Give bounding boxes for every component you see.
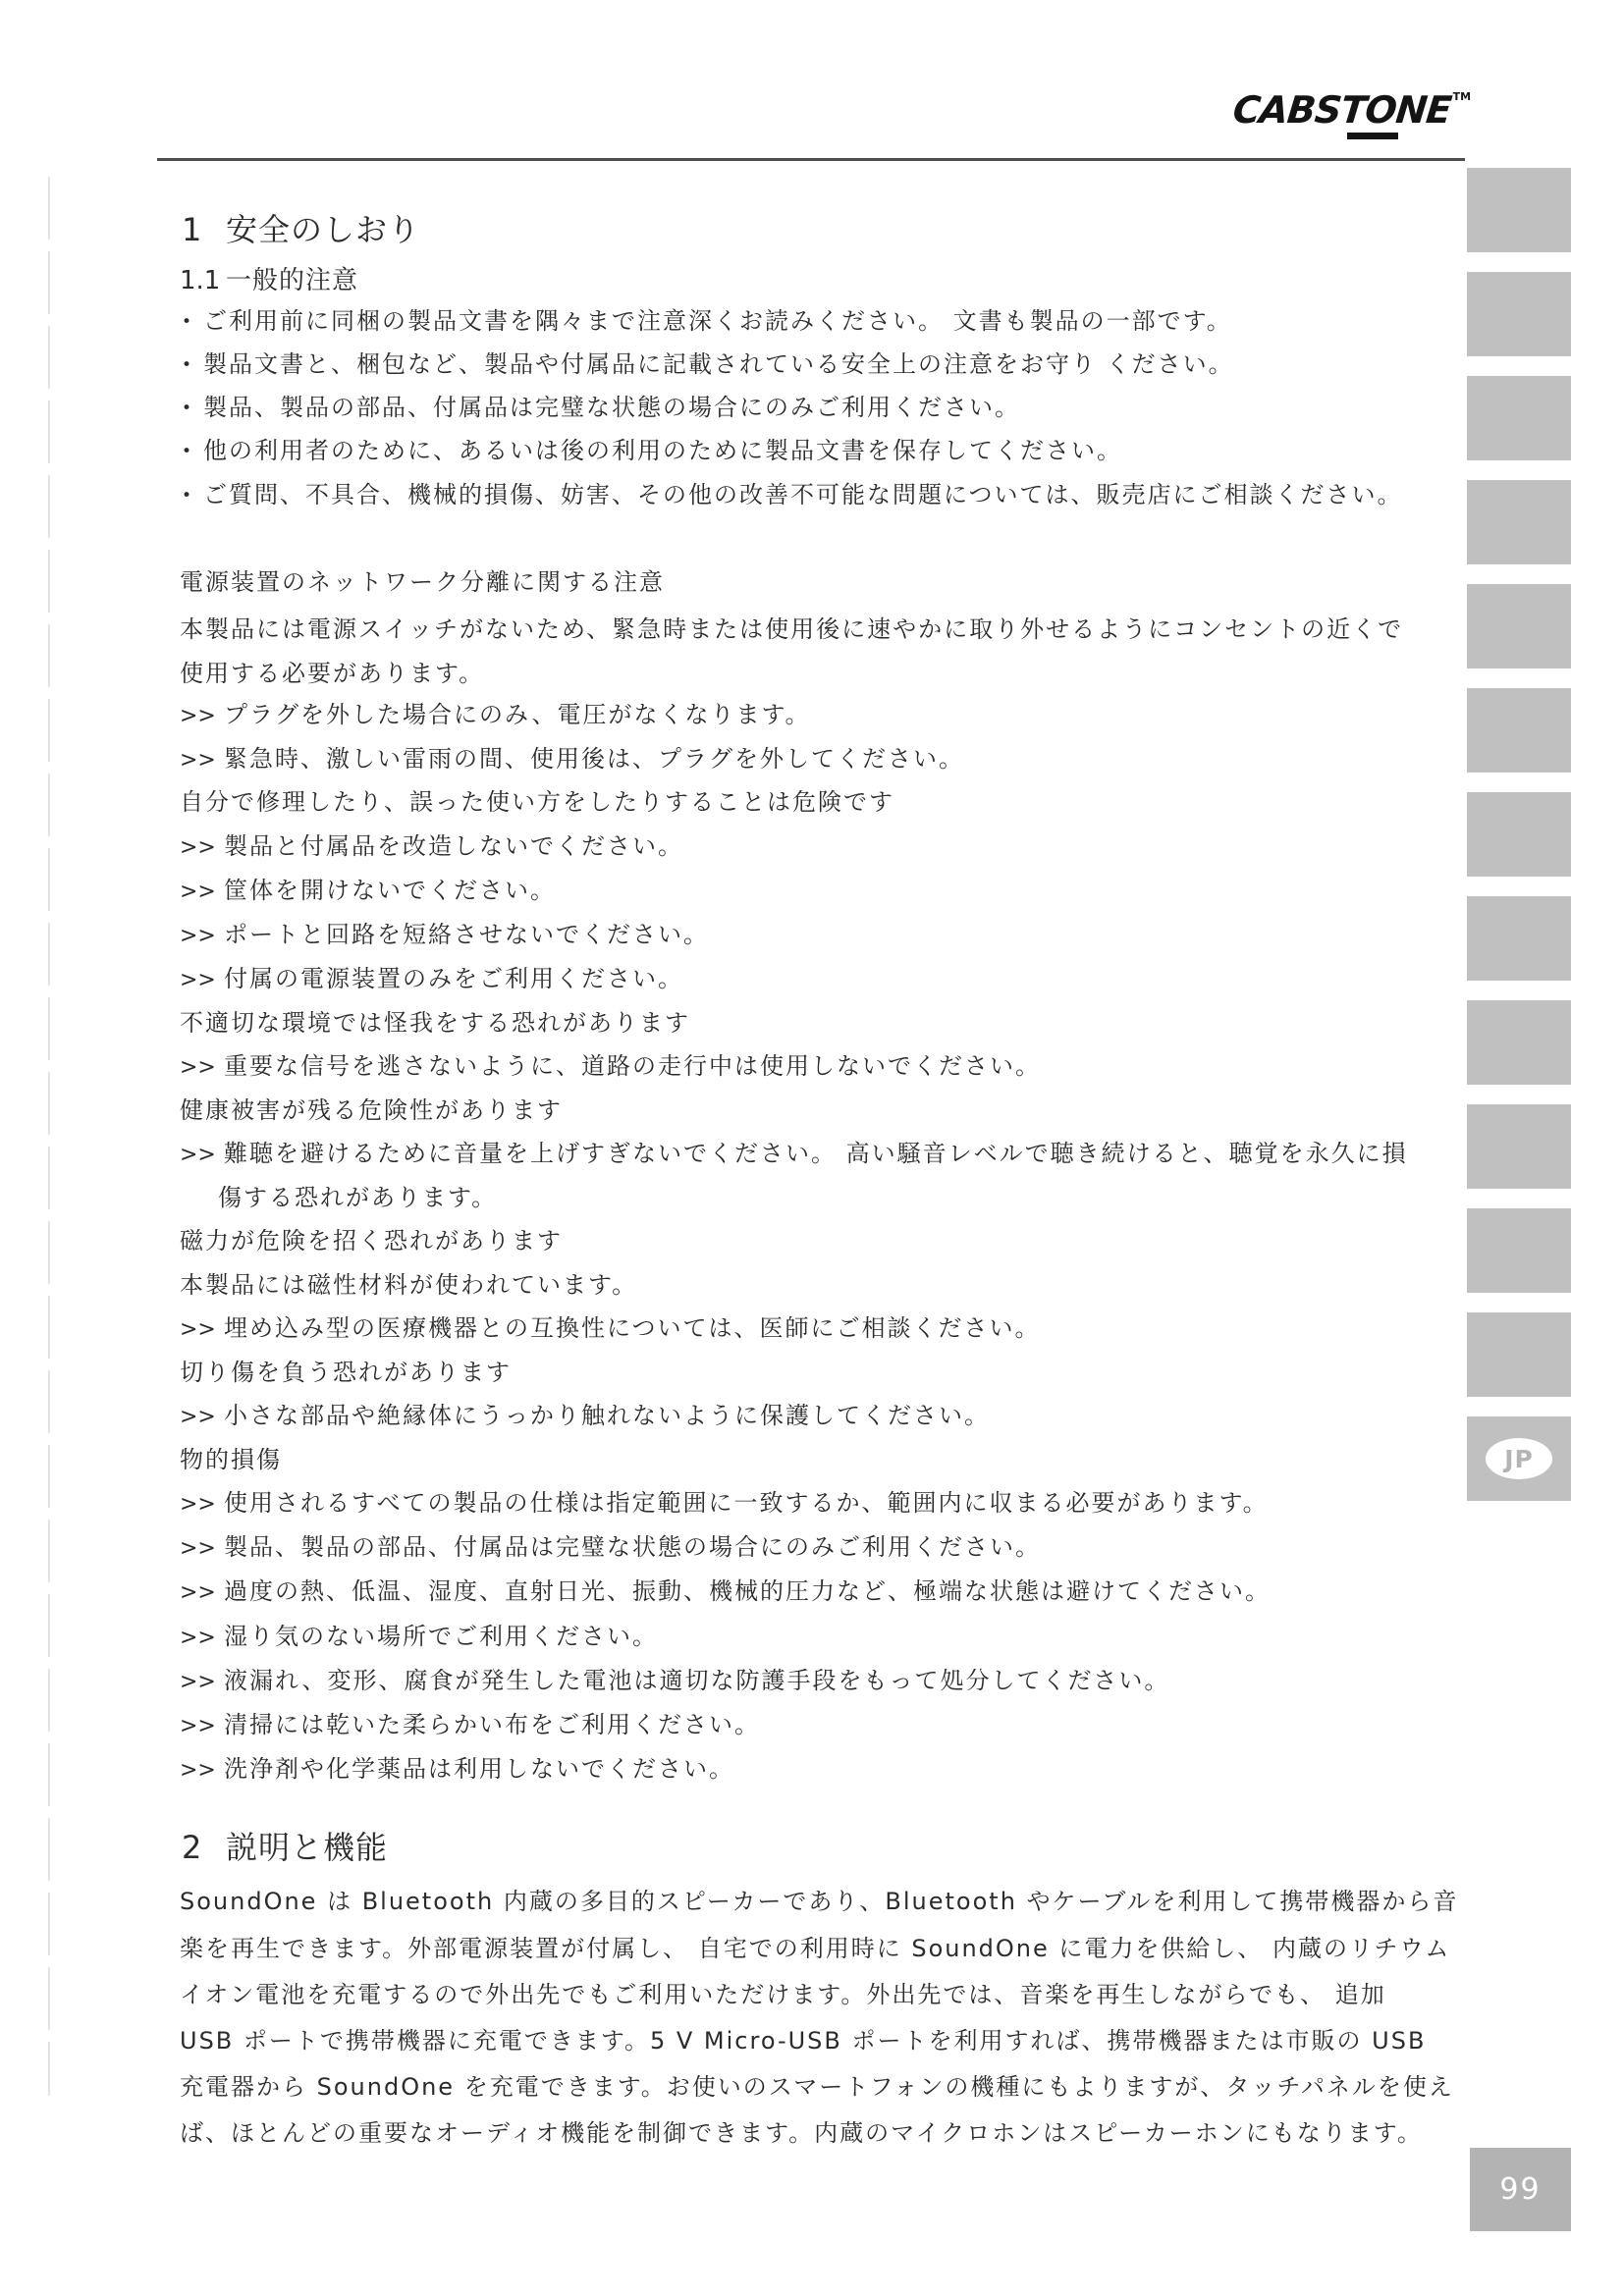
section-tab [1467, 168, 1571, 252]
section-heading: 2説明と機能 [182, 1828, 388, 1867]
line-text: 使用されるすべての製品の仕様は指定範囲に一致するか、範囲内に収まる必要があります… [224, 1489, 1269, 1517]
bullet-marker-icon: • [182, 307, 203, 337]
text-line: •他の利用者のために、あるいは後の利用のために製品文書を保存してください。 [182, 436, 1122, 466]
line-text: 筐体を開けないでください。 [224, 877, 556, 904]
section-number: 1.1 [180, 264, 226, 297]
text-line: >>湿り気のない場所でご利用ください。 [180, 1622, 658, 1653]
bullet-marker-icon: • [182, 437, 203, 466]
subsection-heading: 1.1一般的注意 [180, 264, 358, 297]
chevron-marker-icon: >> [180, 966, 224, 995]
line-text: 本製品には電源スイッチがないため、緊急時または使用後に速やかに取り外せるようにコ… [180, 615, 1403, 643]
text-line: SoundOne は Bluetooth 内蔵の多目的スピーカーであり、Blue… [180, 1887, 1458, 1916]
page-number-box: 99 [1470, 2148, 1571, 2231]
section-number: 2 [182, 1828, 226, 1867]
chevron-marker-icon: >> [180, 1668, 224, 1697]
chevron-marker-icon: >> [180, 1490, 224, 1520]
brand-logo: CABSTONETM [1233, 88, 1439, 137]
text-line: 不適切な環境では怪我をする恐れがあります [180, 1008, 690, 1038]
text-line: >>過度の熱、低温、湿度、直射日光、振動、機械的圧力など、極端な状態は避けてくだ… [180, 1576, 1271, 1608]
brand-logo-underline [1347, 133, 1398, 139]
line-text: USB ポートで携帯機器に充電できます。5 V Micro-USB ポートを利用… [180, 2027, 1426, 2055]
line-text: 傷する恐れがあります。 [218, 1184, 497, 1211]
text-line: 本製品には電源スイッチがないため、緊急時または使用後に速やかに取り外せるようにコ… [180, 614, 1403, 644]
line-text: 磁力が危険を招く恐れがあります [180, 1227, 563, 1255]
text-line: 磁力が危険を招く恐れがあります [180, 1226, 563, 1255]
text-line: 楽を再生できます。外部電源装置が付属し、 自宅での利用時に SoundOne に… [180, 1934, 1450, 1963]
line-text: 健康被害が残る危険性があります [180, 1096, 563, 1124]
jp-badge-label: JP [1504, 1445, 1534, 1473]
text-line: >>筐体を開けないでください。 [180, 876, 556, 907]
line-text: 説明と機能 [226, 1829, 388, 1866]
section-tab [1467, 792, 1571, 877]
text-line: 傷する恐れがあります。 [218, 1183, 497, 1212]
line-text: プラグを外した場合にのみ、電圧がなくなります。 [224, 701, 811, 728]
line-text: 緊急時、激しい雷雨の間、使用後は、プラグを外してください。 [224, 745, 964, 773]
chevron-marker-icon: >> [180, 1756, 224, 1786]
line-text: 難聴を避けるために音量を上げすぎないでください。 高い騒音レベルで聴き続けると、… [224, 1140, 1408, 1167]
line-text: 一般的注意 [226, 266, 358, 295]
line-text: 電源装置のネットワーク分離に関する注意 [180, 568, 665, 596]
chevron-marker-icon: >> [180, 833, 224, 863]
chevron-marker-icon: >> [180, 1578, 224, 1608]
line-text: 製品、製品の部品、付属品は完璧な状態の場合にのみご利用ください。 [224, 1533, 1041, 1561]
chevron-marker-icon: >> [180, 878, 224, 907]
line-text: 充電器から SoundOne を充電できます。お使いのスマートフォンの機種にもよ… [180, 2073, 1454, 2101]
line-text: 製品と付属品を改造しないでください。 [224, 832, 683, 860]
trademark-symbol: TM [1453, 90, 1471, 103]
text-line: >>ポートと回路を短絡させないでください。 [180, 920, 709, 951]
chevron-marker-icon: >> [180, 1534, 224, 1564]
text-line: •製品、製品の部品、付属品は完璧な状態の場合にのみご利用ください。 [182, 393, 1020, 423]
text-line: >>液漏れ、変形、腐食が発生した電池は適切な防護手段をもって処分してください。 [180, 1666, 1169, 1697]
text-line: >>洗浄剤や化学薬品は利用しないでください。 [180, 1754, 734, 1786]
text-line: 使用する必要があります。 [180, 659, 484, 688]
section-tab [1467, 1000, 1571, 1085]
section-tab [1467, 480, 1571, 564]
line-text: ば、ほとんどの重要なオーディオ機能を制御できます。内蔵のマイクロホンはスピーカー… [180, 2119, 1423, 2147]
manual-page: CABSTONETM 1安全のしおり1.1一般的注意•ご利用前に同梱の製品文書を… [0, 0, 1624, 2296]
chevron-marker-icon: >> [180, 1403, 224, 1432]
line-text: 切り傷を負う恐れがあります [180, 1359, 512, 1386]
line-text: 付属の電源装置のみをご利用ください。 [224, 965, 683, 992]
line-text: 自分で修理したり、誤った使い方をしたりすることは危険です [180, 788, 894, 816]
language-tab-jp: JP [1467, 1416, 1571, 1501]
line-text: ご質問、不具合、機械的損傷、妨害、その他の改善不可能な問題については、販売店にご… [203, 481, 1403, 508]
text-line: 自分で修理したり、誤った使い方をしたりすることは危険です [180, 787, 894, 817]
text-line: >>製品、製品の部品、付属品は完璧な状態の場合にのみご利用ください。 [180, 1532, 1041, 1564]
text-line: イオン電池を充電するので外出先でもご利用いただけます。外出先では、音楽を再生しな… [180, 1980, 1386, 2009]
page-number: 99 [1499, 2172, 1541, 2207]
text-line: •製品文書と、梱包など、製品や付属品に記載されている安全上の注意をお守り くださ… [182, 349, 1234, 380]
line-text: 他の利用者のために、あるいは後の利用のために製品文書を保存してください。 [203, 437, 1122, 464]
text-line: 物的損傷 [180, 1445, 282, 1474]
text-line: •ご質問、不具合、機械的損傷、妨害、その他の改善不可能な問題については、販売店に… [182, 480, 1403, 510]
chevron-marker-icon: >> [180, 1315, 224, 1345]
line-text: SoundOne は Bluetooth 内蔵の多目的スピーカーであり、Blue… [180, 1888, 1458, 1915]
line-text: イオン電池を充電するので外出先でもご利用いただけます。外出先では、音楽を再生しな… [180, 1981, 1386, 2008]
text-line: •ご利用前に同梱の製品文書を隅々まで注意深くお読みください。 文書も製品の一部で… [182, 306, 1232, 337]
line-text: 過度の熱、低温、湿度、直射日光、振動、機械的圧力など、極端な状態は避けてください… [224, 1577, 1271, 1605]
bullet-marker-icon: • [182, 350, 203, 380]
line-text: 本製品には磁性材料が使われています。 [180, 1271, 637, 1299]
text-line: >>難聴を避けるために音量を上げすぎないでください。 高い騒音レベルで聴き続ける… [180, 1139, 1408, 1170]
text-line: >>製品と付属品を改造しないでください。 [180, 831, 683, 863]
section-tab [1467, 1104, 1571, 1189]
line-text: ポートと回路を短絡させないでください。 [224, 921, 709, 948]
line-text: 製品文書と、梱包など、製品や付属品に記載されている安全上の注意をお守り ください… [203, 350, 1234, 378]
line-text: 液漏れ、変形、腐食が発生した電池は適切な防護手段をもって処分してください。 [224, 1667, 1169, 1694]
section-tab [1467, 584, 1571, 668]
page-edge-fold-marks [48, 177, 50, 2096]
line-text: 安全のしおり [226, 211, 420, 248]
text-line: >>プラグを外した場合にのみ、電圧がなくなります。 [180, 700, 811, 731]
text-line: 本製品には磁性材料が使われています。 [180, 1270, 637, 1300]
text-line: 切り傷を負う恐れがあります [180, 1358, 512, 1387]
line-text: 小さな部品や絶縁体にうっかり触れないように保護してください。 [224, 1402, 990, 1429]
text-line: 充電器から SoundOne を充電できます。お使いのスマートフォンの機種にもよ… [180, 2072, 1454, 2102]
brand-logo-text: CABSTONE [1231, 88, 1453, 132]
text-line: >>付属の電源装置のみをご利用ください。 [180, 964, 683, 995]
text-line: USB ポートで携帯機器に充電できます。5 V Micro-USB ポートを利用… [180, 2026, 1426, 2056]
text-line: ば、ほとんどの重要なオーディオ機能を制御できます。内蔵のマイクロホンはスピーカー… [180, 2118, 1423, 2148]
text-line: >>清掃には乾いた柔らかい布をご利用ください。 [180, 1710, 760, 1741]
section-tab [1467, 688, 1571, 773]
section-tab [1467, 376, 1571, 460]
text-line: >>使用されるすべての製品の仕様は指定範囲に一致するか、範囲内に収まる必要があり… [180, 1488, 1269, 1520]
line-text: 埋め込み型の医療機器との互換性については、医師にご相談ください。 [224, 1314, 1041, 1342]
chevron-marker-icon: >> [180, 746, 224, 775]
chevron-marker-icon: >> [180, 702, 224, 731]
section-tab [1467, 1208, 1571, 1293]
text-line: >>重要な信号を逃さないように、道路の走行中は使用しないでください。 [180, 1051, 1041, 1083]
section-tab [1467, 896, 1571, 981]
section-number: 1 [182, 210, 226, 249]
line-text: ご利用前に同梱の製品文書を隅々まで注意深くお読みください。 文書も製品の一部です… [203, 307, 1232, 335]
section-tab [1467, 1312, 1571, 1397]
line-text: 重要な信号を逃さないように、道路の走行中は使用しないでください。 [224, 1052, 1041, 1080]
bullet-marker-icon: • [182, 481, 203, 510]
text-line: >>埋め込み型の医療機器との互換性については、医師にご相談ください。 [180, 1313, 1041, 1345]
line-text: 清掃には乾いた柔らかい布をご利用ください。 [224, 1711, 760, 1738]
section-tab [1467, 272, 1571, 356]
line-text: 使用する必要があります。 [180, 660, 484, 687]
line-text: 製品、製品の部品、付属品は完璧な状態の場合にのみご利用ください。 [203, 394, 1020, 421]
line-text: 湿り気のない場所でご利用ください。 [224, 1623, 658, 1650]
header-rule [157, 158, 1465, 161]
bullet-marker-icon: • [182, 394, 203, 423]
text-line: 健康被害が残る危険性があります [180, 1095, 563, 1125]
chevron-marker-icon: >> [180, 1053, 224, 1083]
jp-badge: JP [1486, 1438, 1552, 1479]
line-text: 不適切な環境では怪我をする恐れがあります [180, 1009, 690, 1037]
chevron-marker-icon: >> [180, 1624, 224, 1653]
text-line: 電源装置のネットワーク分離に関する注意 [180, 567, 665, 597]
line-text: 物的損傷 [180, 1446, 282, 1473]
line-text: 洗浄剤や化学薬品は利用しないでください。 [224, 1755, 734, 1783]
chevron-marker-icon: >> [180, 1141, 224, 1170]
text-line: >>緊急時、激しい雷雨の間、使用後は、プラグを外してください。 [180, 744, 964, 775]
text-line: >>小さな部品や絶縁体にうっかり触れないように保護してください。 [180, 1401, 990, 1432]
line-text: 楽を再生できます。外部電源装置が付属し、 自宅での利用時に SoundOne に… [180, 1935, 1450, 1962]
section-heading: 1安全のしおり [182, 210, 420, 249]
chevron-marker-icon: >> [180, 1712, 224, 1741]
chevron-marker-icon: >> [180, 922, 224, 951]
